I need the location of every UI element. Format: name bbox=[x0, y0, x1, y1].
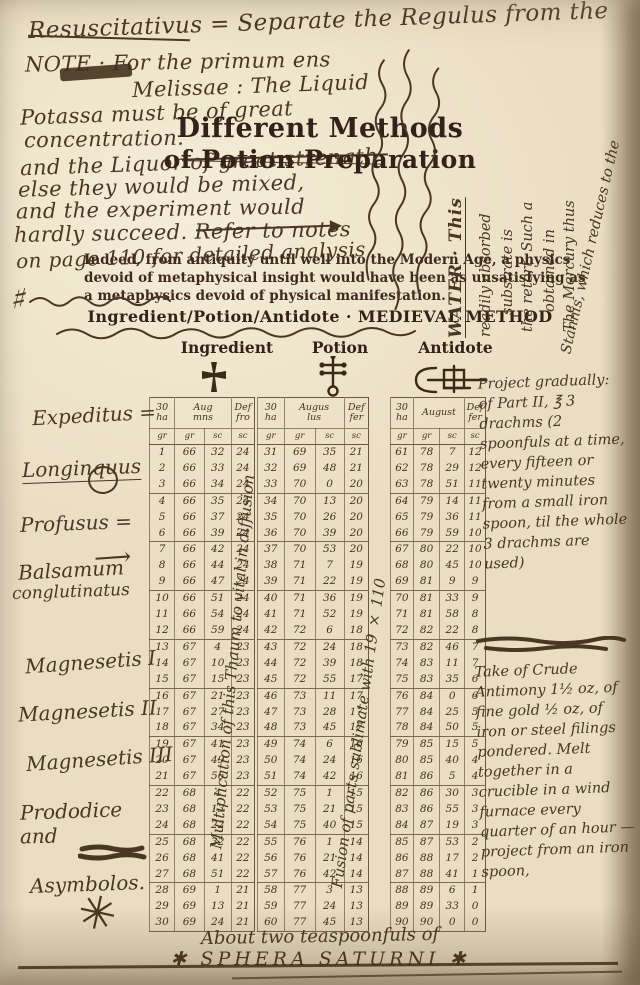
table-cell: 4 bbox=[150, 493, 175, 509]
table-cell: 73 bbox=[391, 639, 414, 655]
table-cell: 70 bbox=[391, 591, 414, 607]
table-cell: 88 bbox=[413, 867, 440, 883]
table-cell: 33 bbox=[440, 591, 465, 607]
table-cell: 22 bbox=[231, 802, 254, 818]
table-cell: 71 bbox=[391, 607, 414, 623]
table-cell: 80 bbox=[391, 753, 414, 769]
table-cell: 70 bbox=[284, 526, 315, 542]
table-cell: 57 bbox=[258, 867, 285, 883]
table-cell: 83 bbox=[413, 672, 440, 688]
table-cell: 24 bbox=[315, 753, 344, 769]
table-row: 8286303 bbox=[391, 786, 486, 802]
table-row: 25683222 bbox=[150, 834, 255, 850]
table-cell: 21 bbox=[344, 445, 368, 461]
table-cell: 81 bbox=[413, 607, 440, 623]
table-cell: 21 bbox=[150, 769, 175, 785]
table-cell: 12 bbox=[150, 623, 175, 639]
table-cell: 44 bbox=[258, 656, 285, 672]
table-cell: 89 bbox=[413, 899, 440, 915]
table-cell: 72 bbox=[284, 656, 315, 672]
vertical-note-substrate: substrate is bbox=[500, 75, 516, 315]
table-cell: 24 bbox=[315, 899, 344, 915]
table-row: 8085404 bbox=[391, 753, 486, 769]
table-row: 26684122 bbox=[150, 851, 255, 867]
table-row: 24682222 bbox=[150, 818, 255, 834]
table-cell: 71 bbox=[284, 574, 315, 590]
table-row: 35702620 bbox=[258, 510, 369, 526]
table-cell: 69 bbox=[175, 899, 204, 915]
table-cell: 9 bbox=[465, 574, 486, 590]
table-header-cell: Aug mns bbox=[175, 398, 232, 429]
table-cell: 84 bbox=[413, 705, 440, 721]
table-cell: 36 bbox=[315, 591, 344, 607]
table-cell: 9 bbox=[465, 591, 486, 607]
table-row: 36703920 bbox=[258, 526, 369, 542]
table-cell: 20 bbox=[344, 510, 368, 526]
table-cell: 81 bbox=[413, 574, 440, 590]
table-row: 7382467 bbox=[391, 639, 486, 655]
table-cell: 86 bbox=[391, 851, 414, 867]
table-cell: 32 bbox=[204, 445, 231, 461]
table-subheader-cell: gr bbox=[413, 429, 440, 445]
table-cell: 79 bbox=[413, 493, 440, 509]
table-subheader-cell: sc bbox=[440, 429, 465, 445]
table-cell: 0 bbox=[315, 477, 344, 493]
table-cell: 66 bbox=[175, 591, 204, 607]
table-cell: 13 bbox=[344, 883, 368, 899]
vertical-note-readily: readily absorbed bbox=[478, 55, 494, 337]
table-cell: 83 bbox=[413, 656, 440, 672]
table-cell: 78 bbox=[413, 477, 440, 493]
table-cell: 5 bbox=[440, 769, 465, 785]
table-row: 32694821 bbox=[258, 461, 369, 477]
table-cell: 29 bbox=[150, 899, 175, 915]
table-cell: 19 bbox=[344, 574, 368, 590]
table-cell: 37 bbox=[258, 542, 285, 558]
table-cell: 71 bbox=[284, 607, 315, 623]
table-cell: 38 bbox=[258, 558, 285, 574]
table-row: 2663324 bbox=[150, 461, 255, 477]
table-cell: 15 bbox=[150, 672, 175, 688]
table-cell: 39 bbox=[315, 526, 344, 542]
table-cell: 51 bbox=[258, 769, 285, 785]
table-cell: 8 bbox=[150, 558, 175, 574]
row-label-profusus: Profusus = bbox=[20, 509, 133, 537]
table-cell: 67 bbox=[175, 705, 204, 721]
table-cell: 31 bbox=[258, 445, 285, 461]
table-cell: 1 bbox=[204, 883, 231, 899]
table-cell: 67 bbox=[175, 639, 204, 655]
table-cell: 70 bbox=[284, 510, 315, 526]
table-cell: 78 bbox=[413, 461, 440, 477]
table-cell: 26 bbox=[150, 851, 175, 867]
scribble-blot bbox=[476, 636, 626, 652]
table-cell: 76 bbox=[284, 867, 315, 883]
table-cell: 22 bbox=[231, 867, 254, 883]
table-cell: 25 bbox=[440, 705, 465, 721]
table-cell: 56 bbox=[258, 851, 285, 867]
column-header-potion: Potion bbox=[290, 338, 390, 357]
table-cell: 30 bbox=[440, 786, 465, 802]
table-cell: 66 bbox=[175, 445, 204, 461]
table-cell: 59 bbox=[258, 899, 285, 915]
table-cell: 20 bbox=[344, 526, 368, 542]
table-cell: 80 bbox=[413, 542, 440, 558]
table-cell: 41 bbox=[440, 867, 465, 883]
table-cell: 72 bbox=[284, 623, 315, 639]
table-cell: 20 bbox=[344, 493, 368, 509]
table-row: 7985155 bbox=[391, 737, 486, 753]
table-row: 5877313 bbox=[258, 883, 369, 899]
table-cell: 81 bbox=[413, 591, 440, 607]
table-row: 41715219 bbox=[258, 607, 369, 623]
table-cell: 71 bbox=[284, 558, 315, 574]
table-cell: 77 bbox=[391, 705, 414, 721]
table-row: 7583356 bbox=[391, 672, 486, 688]
table-cell: 6 bbox=[315, 737, 344, 753]
table-cell: 7 bbox=[150, 542, 175, 558]
table-row: 45725517 bbox=[258, 672, 369, 688]
table-row: 67802210 bbox=[391, 542, 486, 558]
table-row: 8989330 bbox=[391, 899, 486, 915]
table-cell: 76 bbox=[284, 851, 315, 867]
table-cell: 86 bbox=[413, 786, 440, 802]
table-cell: 66 bbox=[175, 542, 204, 558]
table-cell: 81 bbox=[391, 769, 414, 785]
table-row: 57764214 bbox=[258, 867, 369, 883]
row-label-magnesetis-1: Magnesetis I bbox=[24, 645, 156, 678]
table-cell: 85 bbox=[413, 737, 440, 753]
table-potion: 30 haAugus lusDef fergrgrscsc31693521326… bbox=[257, 397, 369, 932]
table-cell: 41 bbox=[204, 851, 231, 867]
table-cell: 67 bbox=[175, 769, 204, 785]
table-cell: 35 bbox=[258, 510, 285, 526]
vertical-note-retort: the retort. Such a bbox=[520, 48, 536, 332]
table-row: 23681322 bbox=[150, 802, 255, 818]
table-cell: 6 bbox=[150, 526, 175, 542]
table-cell: 55 bbox=[440, 802, 465, 818]
table-cell: 46 bbox=[440, 639, 465, 655]
table-cell: 19 bbox=[344, 558, 368, 574]
table-subheader-cell: gr bbox=[284, 429, 315, 445]
table-cell: 89 bbox=[413, 883, 440, 899]
table-cell: 79 bbox=[413, 526, 440, 542]
table-cell: 33 bbox=[258, 477, 285, 493]
table-cell: 44 bbox=[204, 558, 231, 574]
table-cell: 68 bbox=[175, 867, 204, 883]
table-cell: 34 bbox=[204, 477, 231, 493]
table-cell: 21 bbox=[231, 883, 254, 899]
table-cell: 35 bbox=[440, 672, 465, 688]
table-row: 43722418 bbox=[258, 639, 369, 655]
row-arrow: ⟶ bbox=[93, 542, 132, 575]
table-cell: 39 bbox=[204, 526, 231, 542]
table-cell: 21 bbox=[231, 899, 254, 915]
table-row: 7282228 bbox=[391, 623, 486, 639]
table-cell: 3 bbox=[150, 477, 175, 493]
table-cell: 66 bbox=[175, 558, 204, 574]
table-cell: 67 bbox=[175, 688, 204, 704]
table-cell: 88 bbox=[413, 851, 440, 867]
table-row: 34701320 bbox=[258, 493, 369, 509]
table-row: 8688172 bbox=[391, 851, 486, 867]
table-cell: 50 bbox=[440, 720, 465, 736]
method-table-potion: 30 haAugus lusDef fergrgrscsc31693521326… bbox=[257, 397, 369, 932]
table-cell: 82 bbox=[391, 786, 414, 802]
table-cell: 23 bbox=[231, 769, 254, 785]
table-cell: 5 bbox=[150, 510, 175, 526]
table-row: 46731117 bbox=[258, 688, 369, 704]
table-cell: 72 bbox=[284, 672, 315, 688]
table-cell: 59 bbox=[440, 526, 465, 542]
table-cell: 70 bbox=[284, 493, 315, 509]
table-header-cell: August bbox=[413, 398, 464, 429]
table-header-cell: Def fer bbox=[344, 398, 368, 429]
table-cell: 22 bbox=[440, 542, 465, 558]
table-cell: 7 bbox=[440, 445, 465, 461]
table-cell: 42 bbox=[204, 542, 231, 558]
table-cell: 49 bbox=[258, 737, 285, 753]
table-cell: 18 bbox=[150, 720, 175, 736]
table-cell: 9 bbox=[150, 574, 175, 590]
table-cell: 20 bbox=[344, 477, 368, 493]
table-cell: 28 bbox=[315, 705, 344, 721]
table-cell: 51 bbox=[204, 867, 231, 883]
table-cell: 53 bbox=[315, 542, 344, 558]
table-cell: 89 bbox=[391, 899, 414, 915]
table-cell: 45 bbox=[440, 558, 465, 574]
table-cell: 28 bbox=[150, 883, 175, 899]
table-cell: 10 bbox=[465, 558, 486, 574]
table-cell: 54 bbox=[258, 818, 285, 834]
row-label-longinquus: Longinquus bbox=[22, 454, 142, 484]
table-cell: 10 bbox=[150, 591, 175, 607]
table-cell: 6 bbox=[315, 623, 344, 639]
table-cell: 50 bbox=[258, 753, 285, 769]
table-cell: 35 bbox=[315, 445, 344, 461]
table-cell: 70 bbox=[284, 477, 315, 493]
method-table-antidote: 30 haAugustDef fergrgrscsc61787126278291… bbox=[390, 397, 486, 932]
table-cell: 19 bbox=[440, 818, 465, 834]
table-cell: 68 bbox=[175, 802, 204, 818]
table-cell: 53 bbox=[440, 834, 465, 850]
table-row: 7483117 bbox=[391, 656, 486, 672]
table-cell: 22 bbox=[231, 786, 254, 802]
table-cell: 75 bbox=[284, 818, 315, 834]
table-cell: 36 bbox=[258, 526, 285, 542]
table-row: 8587532 bbox=[391, 834, 486, 850]
table-cell: 87 bbox=[413, 818, 440, 834]
table-row: 40713619 bbox=[258, 591, 369, 607]
table-row: 7784255 bbox=[391, 705, 486, 721]
table-row: 2268422 bbox=[150, 786, 255, 802]
table-cell: 26 bbox=[315, 510, 344, 526]
table-cell: 48 bbox=[315, 461, 344, 477]
table-subheader-cell: sc bbox=[204, 429, 231, 445]
table-cell: 74 bbox=[284, 769, 315, 785]
table-cell: 82 bbox=[413, 623, 440, 639]
table-cell: 25 bbox=[150, 834, 175, 850]
table-cell: 68 bbox=[175, 834, 204, 850]
column-header-antidote: Antidote bbox=[398, 338, 513, 357]
table-header-cell: 30 ha bbox=[391, 398, 414, 429]
table-cell: 67 bbox=[175, 720, 204, 736]
table-cell: 66 bbox=[175, 477, 204, 493]
table-cell: 22 bbox=[440, 623, 465, 639]
table-cell: 29 bbox=[440, 461, 465, 477]
table-cell: 83 bbox=[391, 802, 414, 818]
row-label-magnesetis-2: Magnesetis II bbox=[17, 695, 157, 726]
table-cell: 67 bbox=[175, 753, 204, 769]
potion-sigil-icon bbox=[318, 356, 348, 398]
manuscript-page: Resuscitativus = Separate the Regulus fr… bbox=[0, 0, 640, 985]
table-cell: 66 bbox=[175, 574, 204, 590]
table-cell: 32 bbox=[258, 461, 285, 477]
table-cell: 87 bbox=[391, 867, 414, 883]
table-cell: 51 bbox=[204, 591, 231, 607]
table-row: 27685122 bbox=[150, 867, 255, 883]
table-cell: 79 bbox=[391, 737, 414, 753]
table-cell: 0 bbox=[465, 899, 486, 915]
table-cell: 1 bbox=[465, 883, 486, 899]
table-cell: 76 bbox=[391, 688, 414, 704]
table-cell: 55 bbox=[258, 834, 285, 850]
table-cell: 69 bbox=[391, 574, 414, 590]
table-cell: 7 bbox=[315, 558, 344, 574]
table-cell: 23 bbox=[231, 753, 254, 769]
vertical-note-obtained: obtained in bbox=[542, 70, 558, 312]
table-row: 888961 bbox=[391, 883, 486, 899]
table-cell: 17 bbox=[440, 851, 465, 867]
table-cell: 46 bbox=[258, 688, 285, 704]
table-cell: 36 bbox=[440, 510, 465, 526]
arrow-head bbox=[330, 220, 342, 232]
table-cell: 74 bbox=[391, 656, 414, 672]
table-cell: 86 bbox=[413, 802, 440, 818]
table-cell: 72 bbox=[391, 623, 414, 639]
table-row: 3370020 bbox=[258, 477, 369, 493]
table-cell: 78 bbox=[391, 720, 414, 736]
table-cell: 66 bbox=[175, 607, 204, 623]
table-row: 18673423 bbox=[150, 720, 255, 736]
table-cell: 35 bbox=[204, 493, 231, 509]
table-cell: 80 bbox=[413, 558, 440, 574]
table-cell: 77 bbox=[284, 899, 315, 915]
table-cell: 68 bbox=[391, 558, 414, 574]
table-cell: 66 bbox=[175, 623, 204, 639]
table-cell: 82 bbox=[413, 639, 440, 655]
table-cell: 34 bbox=[258, 493, 285, 509]
table-cell: 10 bbox=[465, 542, 486, 558]
table-row: 698199 bbox=[391, 574, 486, 590]
table-cell: 70 bbox=[284, 542, 315, 558]
table-row: 4272618 bbox=[258, 623, 369, 639]
row-label-prododice: Prododice bbox=[20, 797, 123, 825]
table-cell: 78 bbox=[413, 445, 440, 461]
table-cell: 66 bbox=[175, 510, 204, 526]
table-cell: 43 bbox=[258, 639, 285, 655]
table-cell: 84 bbox=[391, 818, 414, 834]
table-cell: 13 bbox=[315, 493, 344, 509]
table-cell: 22 bbox=[150, 786, 175, 802]
table-cell: 19 bbox=[344, 591, 368, 607]
table-cell: 84 bbox=[413, 720, 440, 736]
table-cell: 13 bbox=[204, 899, 231, 915]
table-row: 64791411 bbox=[391, 493, 486, 509]
table-row: 44723918 bbox=[258, 656, 369, 672]
column-header-ingredient: Ingredient bbox=[162, 338, 292, 357]
table-cell: 0 bbox=[440, 688, 465, 704]
table-cell: 11 bbox=[315, 688, 344, 704]
vertical-note-water: WATER · This bbox=[446, 88, 466, 338]
table-row: 768406 bbox=[391, 688, 486, 704]
margin-note-antimony: Take of Crude Antimony 1½ oz, of fine go… bbox=[474, 657, 638, 882]
table-cell: 87 bbox=[413, 834, 440, 850]
table-cell: 8 bbox=[465, 607, 486, 623]
table-cell: 52 bbox=[258, 786, 285, 802]
table-row: 66795910 bbox=[391, 526, 486, 542]
table-row: 63785111 bbox=[391, 477, 486, 493]
table-row: 8386553 bbox=[391, 802, 486, 818]
table-cell: 73 bbox=[284, 720, 315, 736]
table-cell: 77 bbox=[284, 883, 315, 899]
row-label-and: and bbox=[20, 824, 58, 849]
table-cell: 48 bbox=[258, 720, 285, 736]
table-cell: 41 bbox=[258, 607, 285, 623]
table-row: 65793611 bbox=[391, 510, 486, 526]
footer-rule bbox=[232, 971, 622, 980]
table-cell: 24 bbox=[315, 639, 344, 655]
table-header-cell: Augus lus bbox=[284, 398, 344, 429]
table-row: 59772413 bbox=[258, 899, 369, 915]
table-row: 2869121 bbox=[150, 883, 255, 899]
table-cell: 79 bbox=[413, 510, 440, 526]
table-row: 17672723 bbox=[150, 705, 255, 721]
table-row: 818654 bbox=[391, 769, 486, 785]
table-cell: 66 bbox=[175, 493, 204, 509]
table-cell: 39 bbox=[315, 656, 344, 672]
table-cell: 1 bbox=[150, 445, 175, 461]
table-subheader-cell: gr bbox=[175, 429, 204, 445]
table-cell: 74 bbox=[284, 737, 315, 753]
table-row: 7181588 bbox=[391, 607, 486, 623]
table-cell: 52 bbox=[315, 607, 344, 623]
table-row: 68804510 bbox=[391, 558, 486, 574]
table-cell: 33 bbox=[204, 461, 231, 477]
table-cell: 68 bbox=[175, 851, 204, 867]
table-cell: 71 bbox=[284, 591, 315, 607]
table-cell: 37 bbox=[204, 510, 231, 526]
table-cell: 22 bbox=[315, 574, 344, 590]
table-cell: 42 bbox=[258, 623, 285, 639]
table-subheader-cell: gr bbox=[150, 429, 175, 445]
table-cell: 69 bbox=[175, 883, 204, 899]
table-cell: 22 bbox=[231, 851, 254, 867]
table-cell: 69 bbox=[284, 461, 315, 477]
table-cell: 22 bbox=[231, 818, 254, 834]
table-cell: 45 bbox=[315, 720, 344, 736]
table-cell: 67 bbox=[175, 737, 204, 753]
scribble-blot bbox=[78, 843, 148, 863]
table-cell: 74 bbox=[284, 753, 315, 769]
table-cell: 47 bbox=[204, 574, 231, 590]
table-cell: 58 bbox=[258, 883, 285, 899]
table-cell: 76 bbox=[284, 834, 315, 850]
table-cell: 23 bbox=[150, 802, 175, 818]
margin-note-project: Project gradually: of Part II, ℥ 3 drach… bbox=[478, 369, 635, 574]
table-row: 7884505 bbox=[391, 720, 486, 736]
table-cell: 55 bbox=[315, 672, 344, 688]
